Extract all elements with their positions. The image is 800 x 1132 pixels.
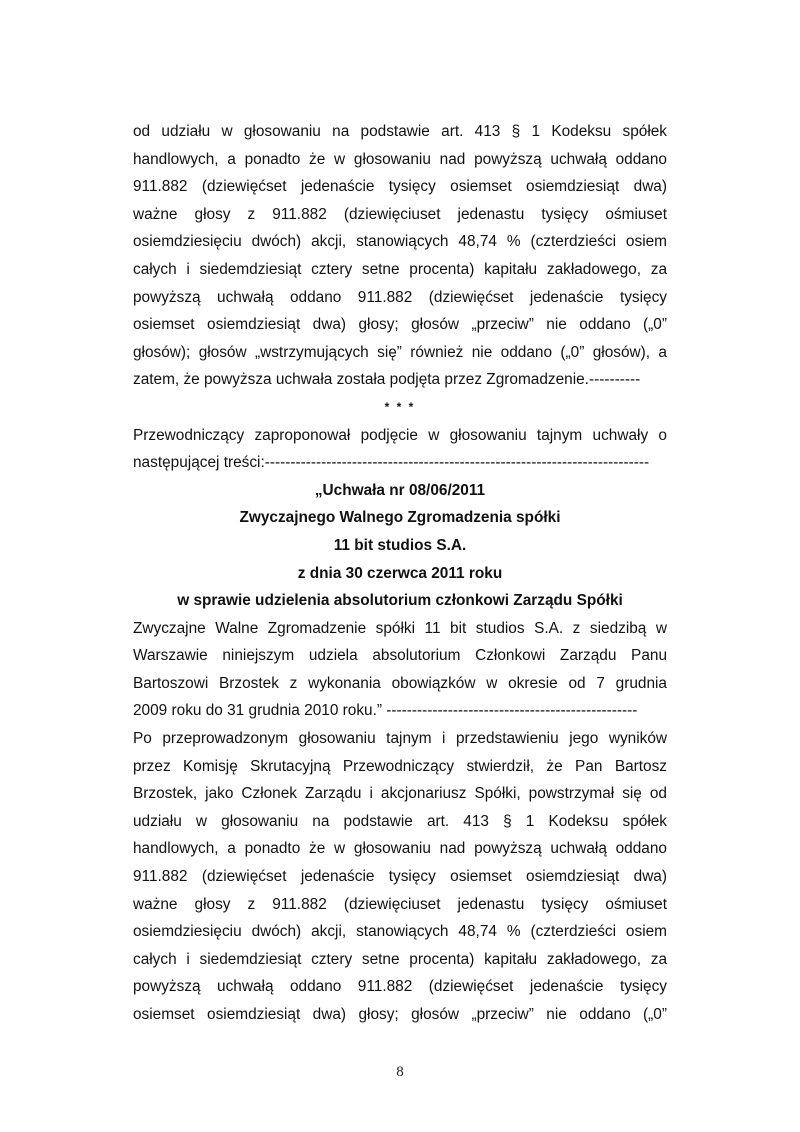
text-line: osiemset osiemdziesiąt dwa) głosy; głosó…	[133, 311, 667, 339]
text-line: 911.882 (dziewięćset jedenaście tysięcy …	[133, 173, 667, 201]
text-line: zatem, że powyższa uchwała została podję…	[133, 366, 667, 394]
text-line: 2009 roku do 31 grudnia 2010 roku.” ----…	[133, 697, 667, 725]
page-number: 8	[0, 1064, 800, 1081]
text-line: przez Komisję Skrutacyjną Przewodniczący…	[133, 753, 667, 781]
text-line: Brzostek, jako Członek Zarządu i akcjona…	[133, 780, 667, 808]
separator-stars: * * *	[133, 394, 667, 422]
heading-line: „Uchwała nr 08/06/2011	[133, 477, 667, 505]
paragraph-vote-result-08: Po przeprowadzonym głosowaniu tajnym i p…	[133, 725, 667, 1029]
paragraph-chairman-proposal: Przewodniczący zaproponował podjęcie w g…	[133, 422, 667, 477]
text-line: ważne głosy z 911.882 (dziewięciuset jed…	[133, 891, 667, 919]
text-line: osiemdziesięciu dwóch) akcji, stanowiący…	[133, 228, 667, 256]
text-line: powyższą uchwałą oddano 911.882 (dziewię…	[133, 973, 667, 1001]
heading-line: 11 bit studios S.A.	[133, 532, 667, 560]
text-line: powyższą uchwałą oddano 911.882 (dziewię…	[133, 284, 667, 312]
heading-line: z dnia 30 czerwca 2011 roku	[133, 560, 667, 588]
text-line: głosów); głosów „wstrzymujących się” rów…	[133, 339, 667, 367]
text-line: Przewodniczący zaproponował podjęcie w g…	[133, 422, 667, 450]
heading-line: w sprawie udzielenia absolutorium członk…	[133, 587, 667, 615]
heading-line: Zwyczajnego Walnego Zgromadzenia spółki	[133, 504, 667, 532]
paragraph-vote-result-07: od udziału w głosowaniu na podstawie art…	[133, 118, 667, 394]
document-body: od udziału w głosowaniu na podstawie art…	[133, 118, 667, 1029]
text-line: osiemset osiemdziesiąt dwa) głosy; głosó…	[133, 1001, 667, 1029]
text-line: Warszawie niniejszym udziela absolutoriu…	[133, 642, 667, 670]
text-line: całych i siedemdziesiąt cztery setne pro…	[133, 946, 667, 974]
text-line: 911.882 (dziewięćset jedenaście tysięcy …	[133, 863, 667, 891]
document-page: od udziału w głosowaniu na podstawie art…	[0, 0, 800, 1132]
resolution-heading: „Uchwała nr 08/06/2011Zwyczajnego Walneg…	[133, 477, 667, 615]
text-line: udziału w głosowaniu na podstawie art. 4…	[133, 808, 667, 836]
text-line: całych i siedemdziesiąt cztery setne pro…	[133, 256, 667, 284]
text-line: od udziału w głosowaniu na podstawie art…	[133, 118, 667, 146]
text-line: handlowych, a ponadto że w głosowaniu na…	[133, 146, 667, 174]
text-line: ważne głosy z 911.882 (dziewięciuset jed…	[133, 201, 667, 229]
text-line: następującej treści:--------------------…	[133, 449, 667, 477]
text-line: handlowych, a ponadto że w głosowaniu na…	[133, 835, 667, 863]
section-separator: * * *	[133, 394, 667, 422]
text-line: Po przeprowadzonym głosowaniu tajnym i p…	[133, 725, 667, 753]
resolution-body: Zwyczajne Walne Zgromadzenie spółki 11 b…	[133, 615, 667, 725]
text-line: Bartoszowi Brzostek z wykonania obowiązk…	[133, 670, 667, 698]
text-line: Zwyczajne Walne Zgromadzenie spółki 11 b…	[133, 615, 667, 643]
text-line: osiemdziesięciu dwóch) akcji, stanowiący…	[133, 918, 667, 946]
